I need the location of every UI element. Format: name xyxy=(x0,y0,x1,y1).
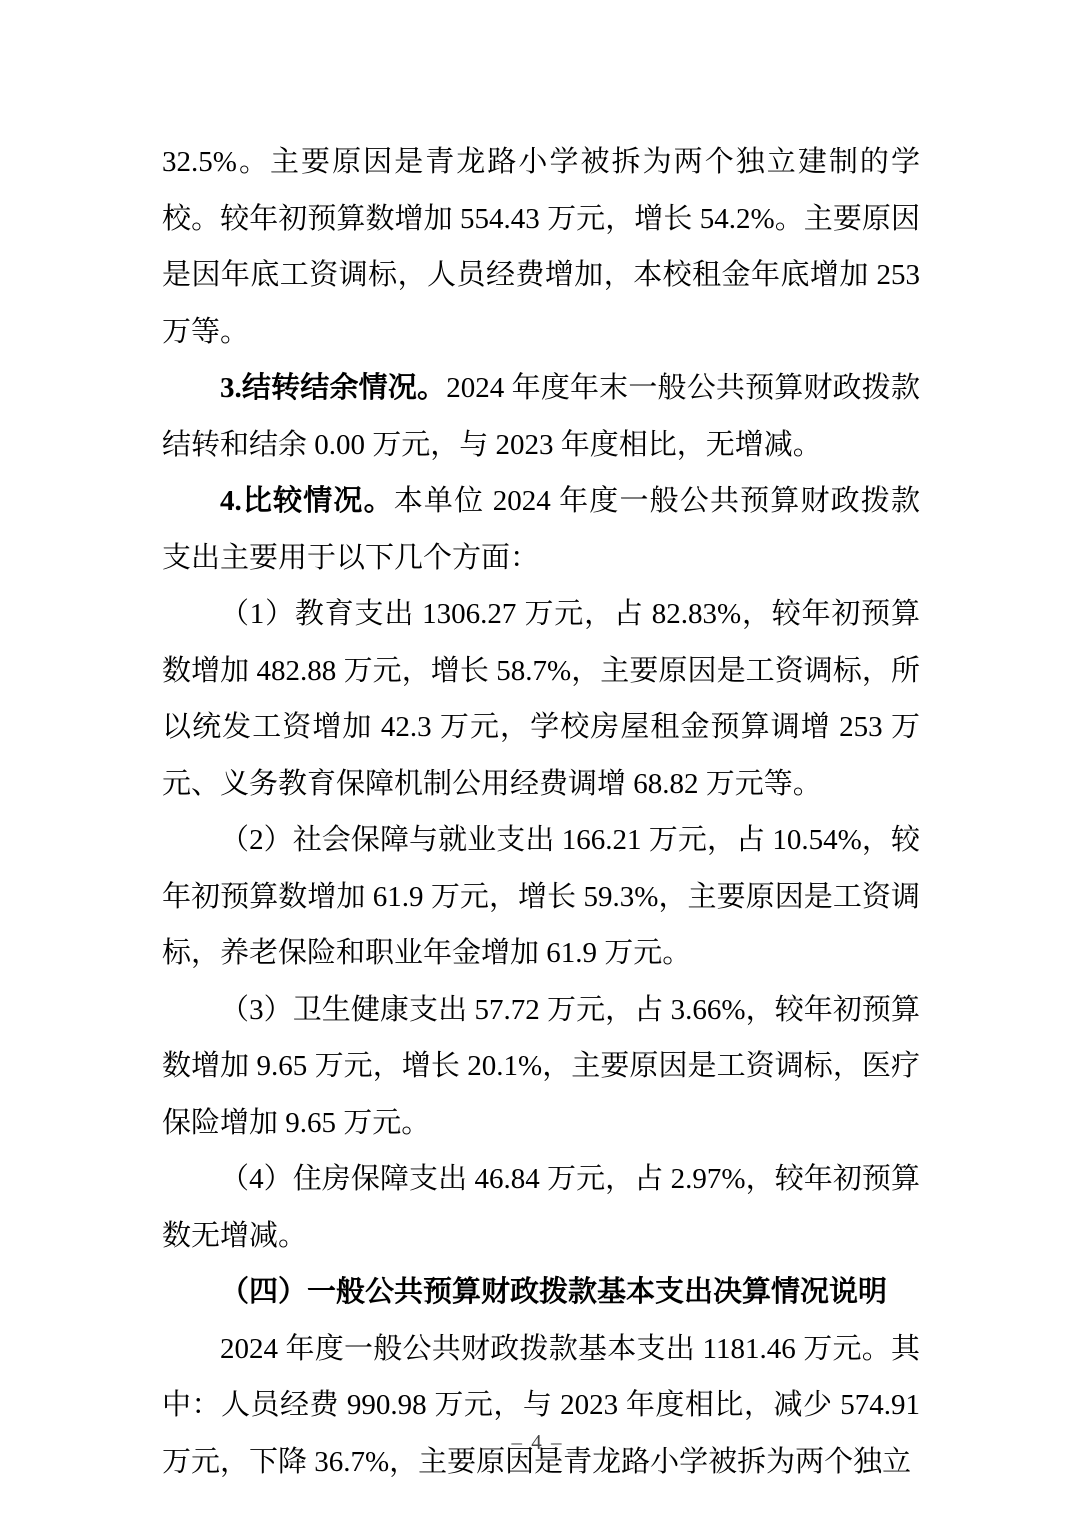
paragraph: （4）住房保障支出 46.84 万元，占 2.97%，较年初预算数无增减。 xyxy=(162,1151,920,1264)
text-run: （2）社会保障与就业支出 166.21 万元，占 10.54%，较年初预算数增加… xyxy=(162,824,920,969)
paragraph: （3）卫生健康支出 57.72 万元，占 3.66%，较年初预算数增加 9.65… xyxy=(162,982,920,1152)
page-number: – 4 – xyxy=(512,1430,564,1454)
text-run: （4）住房保障支出 46.84 万元，占 2.97%，较年初预算数无增减。 xyxy=(162,1163,920,1252)
bold-text-run: 4.比较情况。 xyxy=(220,485,394,517)
text-run: 2024 年度一般公共财政拨款基本支出 1181.46 万元。其中：人员经费 9… xyxy=(162,1333,920,1478)
paragraph: 2024 年度一般公共财政拨款基本支出 1181.46 万元。其中：人员经费 9… xyxy=(162,1321,920,1491)
paragraph: （四）一般公共预算财政拨款基本支出决算情况说明 xyxy=(162,1264,920,1321)
paragraph: 32.5%。主要原因是青龙路小学被拆为两个独立建制的学校。较年初预算数增加 55… xyxy=(162,134,920,360)
paragraph: （2）社会保障与就业支出 166.21 万元，占 10.54%，较年初预算数增加… xyxy=(162,812,920,982)
paragraph: 3.结转结余情况。2024 年度年末一般公共预算财政拨款结转和结余 0.00 万… xyxy=(162,360,920,473)
bold-text-run: （四）一般公共预算财政拨款基本支出决算情况说明 xyxy=(220,1276,887,1308)
text-run: 32.5%。主要原因是青龙路小学被拆为两个独立建制的学校。较年初预算数增加 55… xyxy=(162,146,920,348)
paragraph: 4.比较情况。本单位 2024 年度一般公共预算财政拨款支出主要用于以下几个方面… xyxy=(162,473,920,586)
document-page: 32.5%。主要原因是青龙路小学被拆为两个独立建制的学校。较年初预算数增加 55… xyxy=(0,0,1075,1520)
bold-text-run: 3.结转结余情况。 xyxy=(220,372,446,404)
paragraph: （1）教育支出 1306.27 万元，占 82.83%，较年初预算数增加 482… xyxy=(162,586,920,812)
document-body: 32.5%。主要原因是青龙路小学被拆为两个独立建制的学校。较年初预算数增加 55… xyxy=(162,134,920,1490)
page-footer: – 4 – xyxy=(0,1430,1075,1455)
text-run: （1）教育支出 1306.27 万元，占 82.83%，较年初预算数增加 482… xyxy=(162,598,920,800)
text-run: （3）卫生健康支出 57.72 万元，占 3.66%，较年初预算数增加 9.65… xyxy=(162,994,920,1139)
